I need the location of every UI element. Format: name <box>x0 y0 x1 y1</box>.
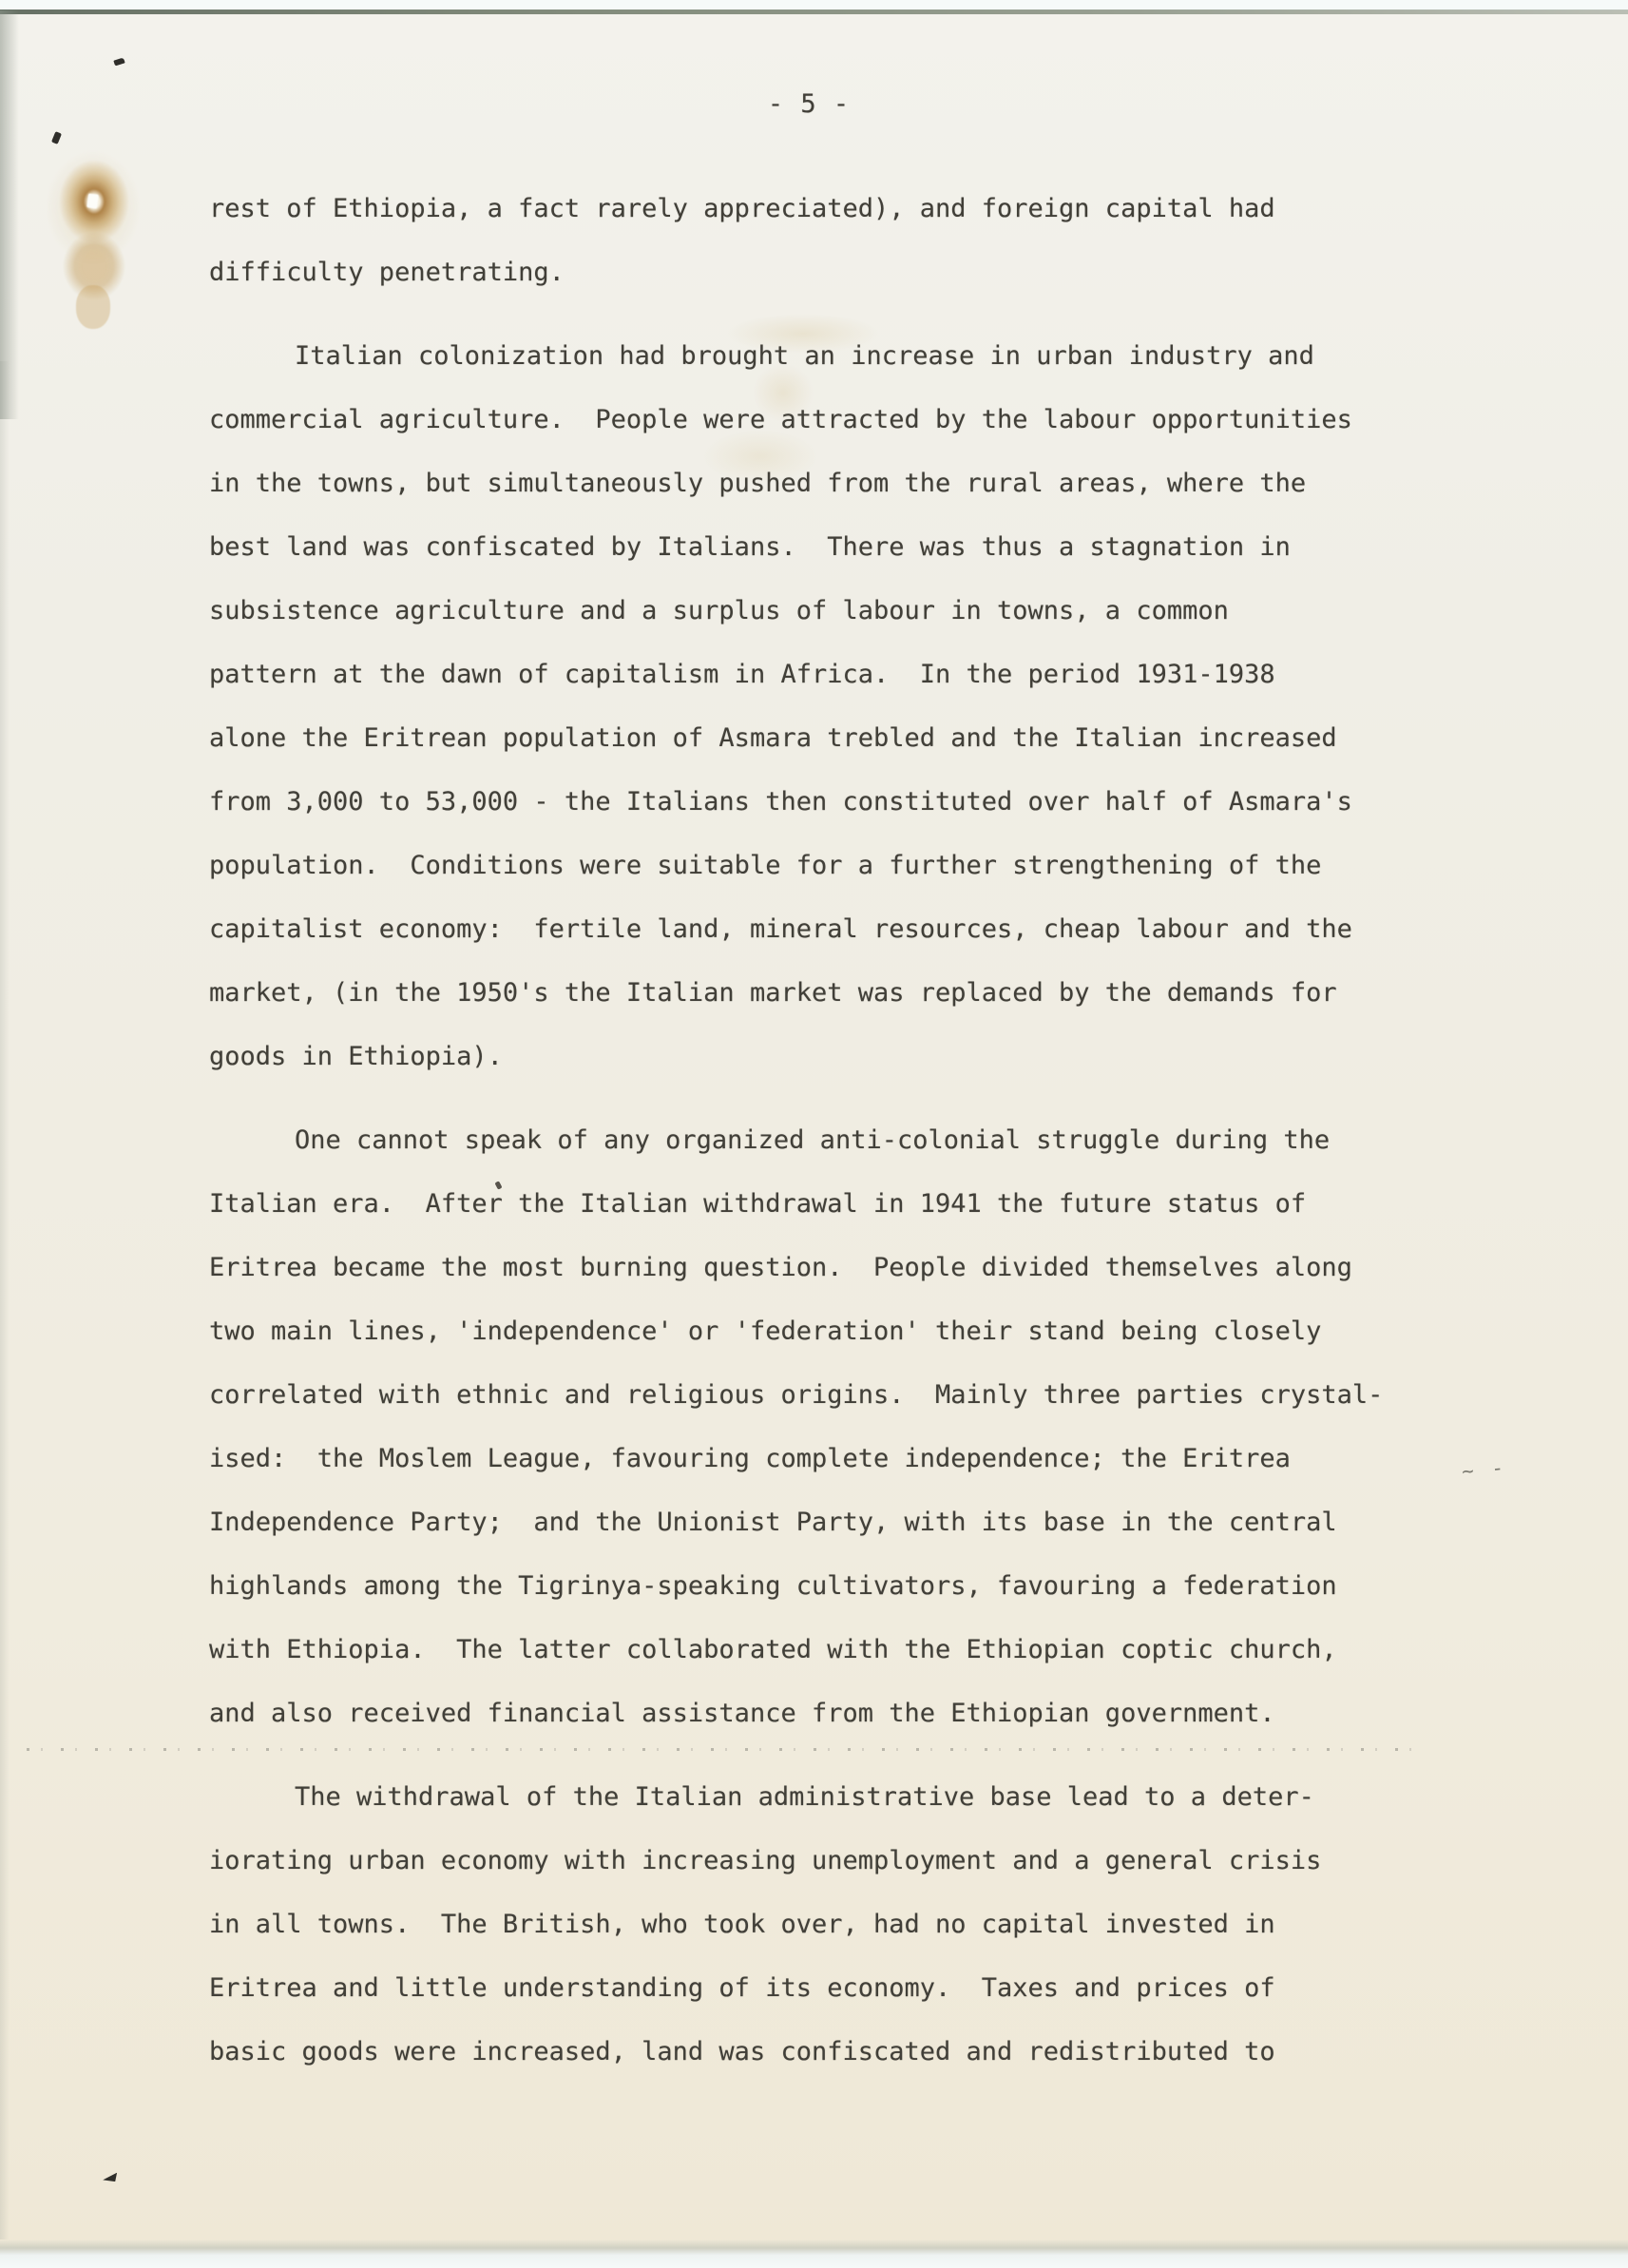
scan-left-edge-faint <box>0 361 10 2239</box>
paragraph-continuation: rest of Ethiopia, a fact rarely apprecia… <box>209 177 1435 304</box>
pencil-margin-mark: ~ - <box>1461 1456 1507 1484</box>
paragraph-italian-withdrawal: The withdrawal of the Italian administra… <box>209 1765 1435 2084</box>
ink-speck <box>51 131 62 144</box>
stain-tail <box>76 285 110 329</box>
scan-bottom-edge <box>0 2239 1628 2268</box>
stain-white-fleck <box>86 193 99 208</box>
page-top-edge-line <box>0 10 1628 14</box>
paragraph-anti-colonial-struggle: One cannot speak of any organized anti-c… <box>209 1108 1435 1745</box>
ink-speck <box>113 57 124 66</box>
coffee-stain <box>49 152 144 328</box>
document-page: ~ - - 5 - rest of Ethiopia, a fact rarel… <box>0 0 1628 2268</box>
text-block: rest of Ethiopia, a fact rarely apprecia… <box>209 177 1435 2104</box>
page-number: - 5 - <box>209 89 1408 119</box>
scan-left-edge <box>0 10 19 419</box>
ink-speck <box>102 2173 118 2184</box>
paragraph-italian-colonization: Italian colonization had brought an incr… <box>209 324 1435 1088</box>
